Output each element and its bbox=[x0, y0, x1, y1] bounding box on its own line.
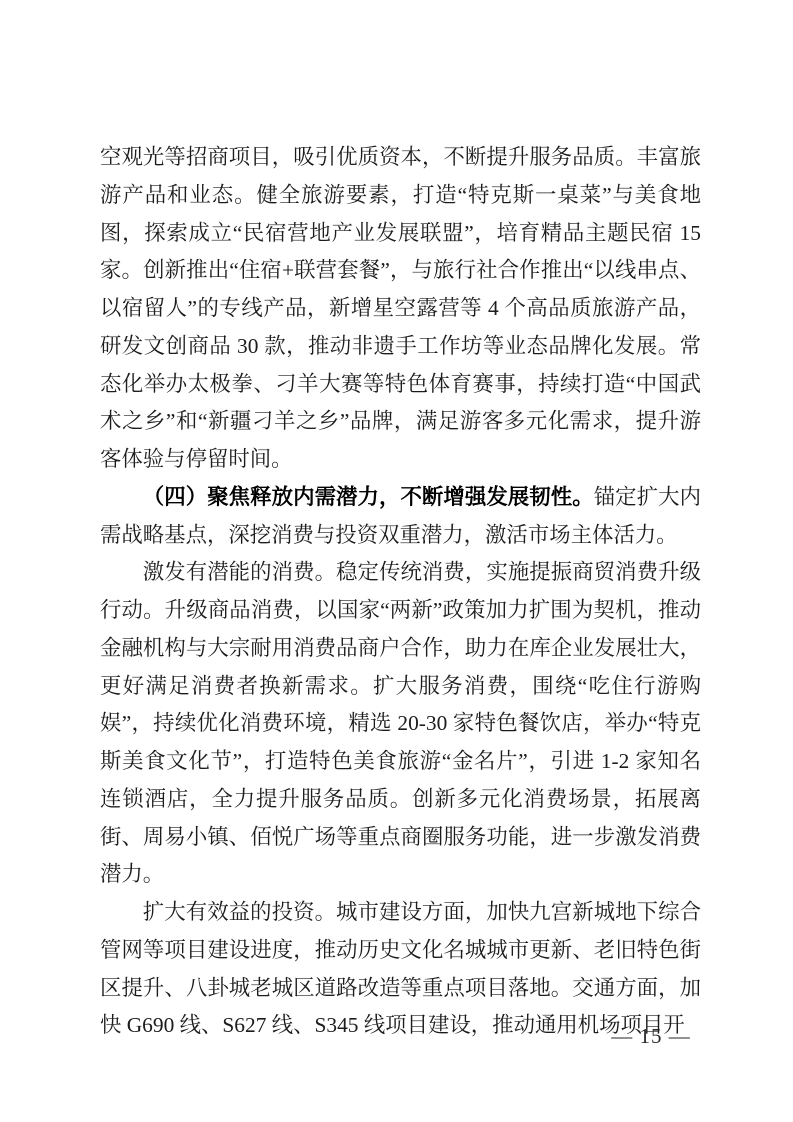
section-4-heading-bold-text: （四）聚焦释放内需潜力，不断增强发展韧性。 bbox=[143, 485, 594, 509]
document-body: 空观光等招商项目，吸引优质资本，不断提升服务品质。丰富旅游产品和业态。健全旅游要… bbox=[100, 139, 701, 1045]
page-number: — 15 — bbox=[595, 1021, 707, 1051]
document-page: 空观光等招商项目，吸引优质资本，不断提升服务品质。丰富旅游产品和业态。健全旅游要… bbox=[0, 0, 793, 1122]
paragraph-tourism-continuation: 空观光等招商项目，吸引优质资本，不断提升服务品质。丰富旅游产品和业态。健全旅游要… bbox=[100, 139, 701, 479]
paragraph-consumption: 激发有潜能的消费。稳定传统消费，实施提振商贸消费升级行动。升级商品消费，以国家“… bbox=[100, 554, 701, 894]
paragraph-section-4-heading: （四）聚焦释放内需潜力，不断增强发展韧性。锚定扩大内需战略基点，深挖消费与投资双… bbox=[100, 479, 701, 555]
